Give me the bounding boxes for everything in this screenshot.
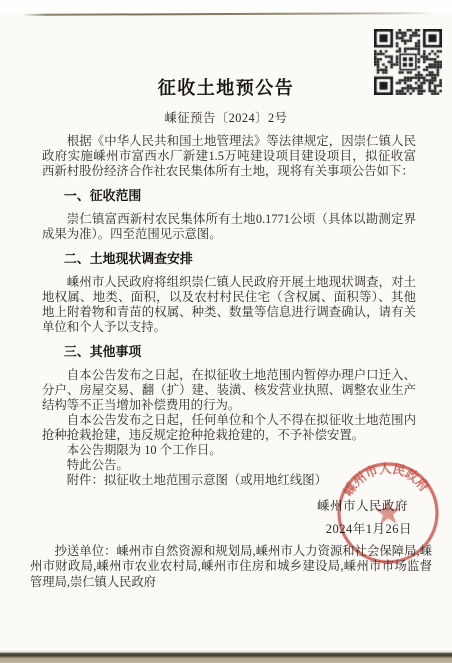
document-title: 征收土地预公告 — [0, 74, 452, 100]
scan-crease-line — [22, 12, 434, 16]
section-heading-2: 二、土地现状调查安排 — [42, 251, 416, 266]
section-1-paragraph-1: 崇仁镇富西新村农民集体所有土地0.1771公顷（具体以勘测定界成果为准）。四至范… — [42, 212, 416, 242]
cc-list: 抄送单位：嵊州市自然资源和规划局,嵊州市人力资源和社会保障局,嵊州市财政局,嵊州… — [30, 544, 432, 590]
intro-paragraph: 根据《中华人民共和国土地管理法》等法律规定，因崇仁镇人民政府实施嵊州市富西水厂新… — [42, 134, 416, 179]
section-3-paragraph-2: 自本公告发布之日起，任何单位和个人不得在拟征收土地范围内抢种抢栽抢建，违反规定抢… — [42, 413, 416, 443]
document-number: 嵊征预告〔2024〕2号 — [0, 108, 452, 126]
document-page: 征收土地预公告 嵊征预告〔2024〕2号 根据《中华人民共和国土地管理法》等法律… — [0, 0, 452, 663]
scan-edge-top — [0, 0, 452, 13]
section-heading-1: 一、征收范围 — [42, 188, 416, 203]
seal-text: 嵊州市人民政府 — [340, 459, 433, 499]
section-3-paragraph-1: 自本公告发布之日起，在拟征收土地范围内暂停办理户口迁入、分户、房屋交易、翻（扩）… — [42, 368, 416, 413]
svg-text:嵊州市人民政府: 嵊州市人民政府 — [340, 459, 433, 499]
section-2-paragraph-1: 嵊州市人民政府将组织崇仁镇人民政府开展土地现状调查，对土地权属、地类、面积，以及… — [42, 275, 416, 335]
document-body: 根据《中华人民共和国土地管理法》等法律规定，因崇仁镇人民政府实施嵊州市富西水厂新… — [42, 134, 416, 488]
seal-star-icon — [375, 499, 401, 524]
scan-edge-bottom — [0, 650, 452, 663]
section-heading-3: 三、其他事项 — [42, 344, 416, 359]
